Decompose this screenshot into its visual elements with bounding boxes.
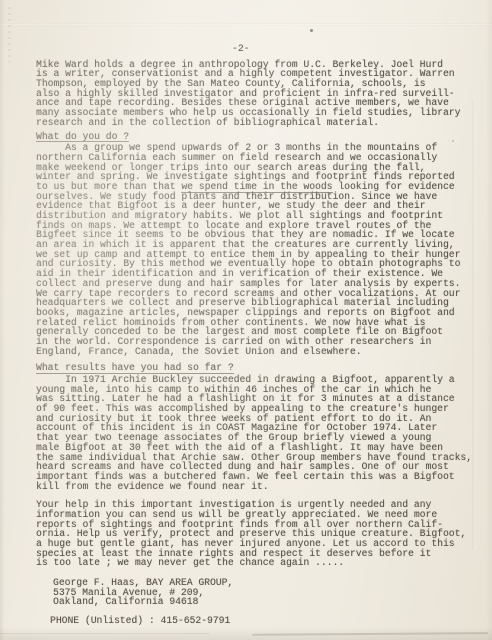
page-number: -2- (36, 44, 472, 54)
section-heading: What results have you had so far ? (36, 363, 472, 373)
section-heading: What do you do ? (36, 132, 472, 142)
heading-text: What do you do ? (36, 132, 129, 143)
signature-block: George F. Haas, BAY AREA GROUP,5375 Mani… (53, 578, 472, 607)
phone-line: PHONE (Unlisted) : 415-652-9791 (50, 616, 472, 626)
document-text: -2- Mike Ward holds a degree in anthropo… (36, 44, 472, 626)
heading-text: What results have you had so far ? (36, 363, 234, 374)
activities-paragraph: As a group we spend upwards of 2 or 3 mo… (36, 143, 472, 356)
text-line: England, France, Canada, the Soviet Unio… (36, 347, 472, 357)
paper-edge-right (486, 0, 492, 640)
paper-bottom-crease (0, 633, 210, 635)
heading-what-do-you-do: What do you do ? (36, 132, 472, 142)
text-line: kill from the evidence we found near it. (36, 482, 472, 492)
paper-edge-left (0, 0, 5, 640)
text-line: Oakland, California 94618 (53, 597, 472, 607)
text-line: is too late ; we may never get the chanc… (36, 558, 472, 568)
results-paragraph: In 1971 Archie Buckley succeeded in draw… (36, 375, 472, 491)
heading-results: What results have you had so far ? (36, 363, 472, 373)
document-body: Mike Ward holds a degree in anthropology… (36, 60, 472, 626)
scanned-document-page: -2- Mike Ward holds a degree in anthropo… (0, 0, 492, 640)
appeal-paragraph: Your help in this important investigatio… (36, 500, 472, 568)
text-line: PHONE (Unlisted) : 415-652-9791 (50, 616, 472, 626)
paper-crease-top (0, 23, 492, 26)
paper-crease-right (472, 100, 476, 550)
paper-margin-marks (8, 7, 11, 62)
paper-speck (310, 29, 313, 32)
text-line: research and in the collection of biblio… (36, 118, 472, 128)
intro-paragraph: Mike Ward holds a degree in anthropology… (36, 60, 472, 128)
